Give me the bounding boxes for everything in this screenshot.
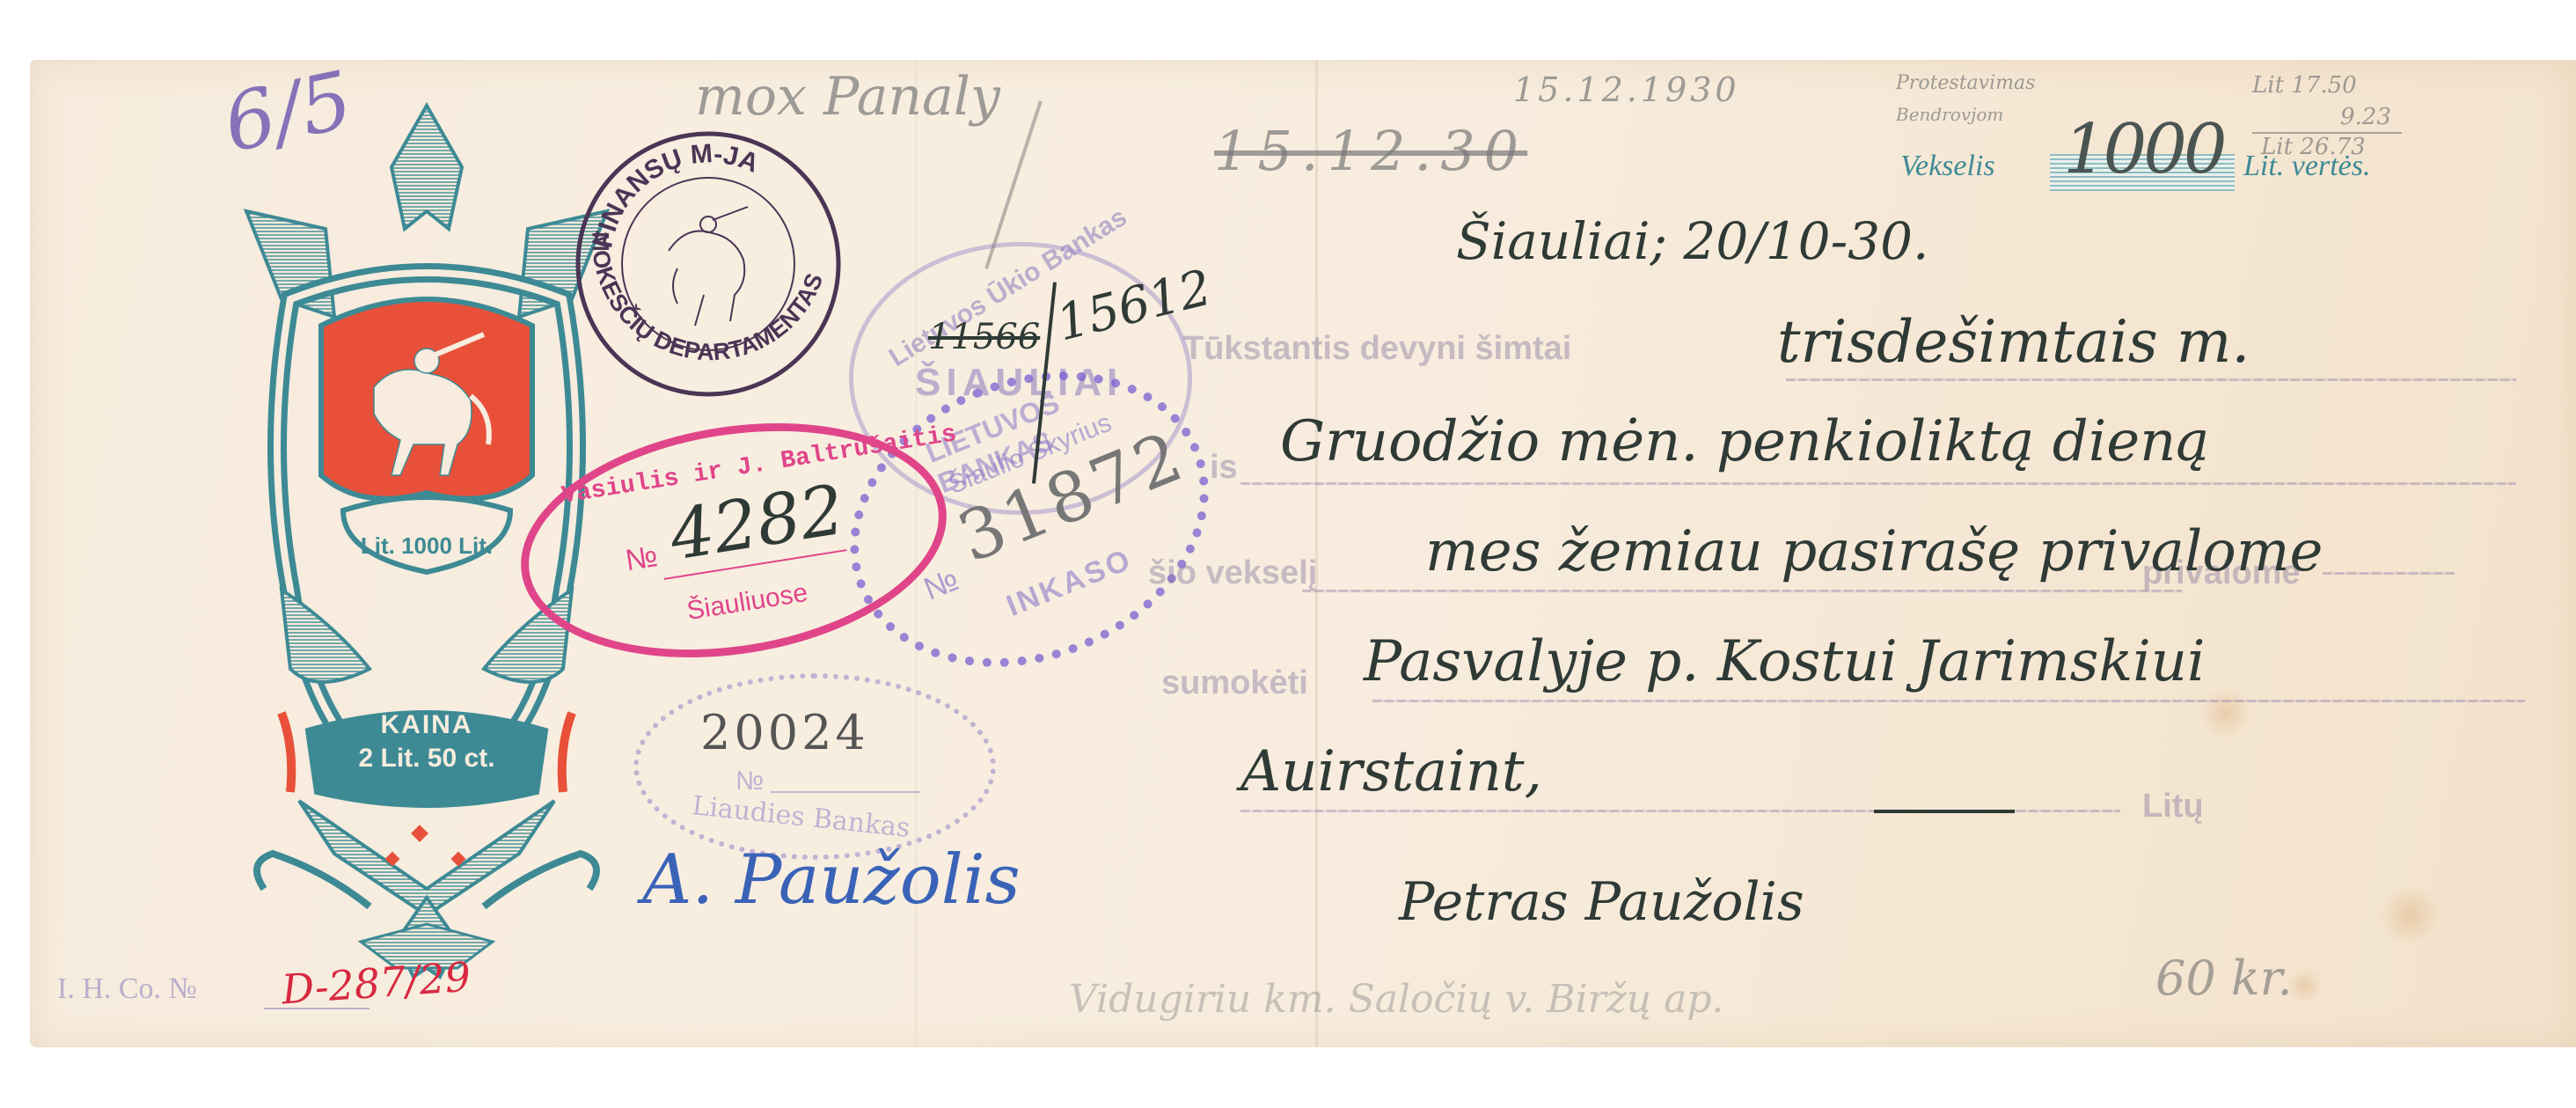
fee-1: Lit 17.50 [2252, 72, 2357, 99]
liaudies-bankas-name: Liaudies Bankas [691, 790, 911, 844]
stamp-bottom-text: MOKESČIŲ DEPARTAMENTAS [587, 231, 828, 365]
printed-line-3: šio vekselį [1148, 554, 1317, 592]
protest-label: Protestavimas [1896, 72, 2035, 94]
fee-2: 9.23 [2340, 104, 2391, 130]
form-line [1302, 590, 2182, 592]
amount-value: 1000 [2063, 110, 2224, 189]
svg-text:MOKESČIŲ DEPARTAMENTAS: MOKESČIŲ DEPARTAMENTAS [587, 231, 828, 365]
currency-label: Lit. vertės. [2243, 150, 2370, 183]
liaudies-number-label: № [735, 767, 764, 796]
fold-line [1315, 60, 1318, 1047]
stain [2199, 686, 2252, 739]
printed-currency: Litų [2142, 788, 2204, 825]
emblem-price-title: KAINA [334, 710, 519, 740]
signature-2: Petras Paužolis [1399, 871, 1804, 933]
printed-line-1: Tūkstantis devyni šimtai [1183, 330, 1571, 368]
svg-text:FINANSŲ M-JA: FINANSŲ M-JA [589, 139, 763, 250]
handwritten-line-4: Pasvalyje p. Kostui Jarimskiui [1364, 629, 2205, 694]
handwritten-line-1: trisdešimtais m. [1777, 308, 2250, 376]
number-underline [771, 791, 920, 793]
signature-1: A. Paužolis [642, 840, 1021, 920]
handwritten-line-2: Gruodžio mėn. penkioliktą dieną [1280, 409, 2209, 474]
stamp-arc-text: FINANSŲ M-JA MOKESČIŲ DEPARTAMENTAS [572, 128, 845, 400]
protest-label-2: Bendrovjom [1896, 104, 2003, 125]
pencil-address: Vidugiriu km. Saločių v. Biržų ap. [1069, 977, 1724, 1022]
pencil-bottom-right: 60 kr. [2155, 950, 2293, 1006]
form-line [1372, 700, 2525, 702]
stain [2287, 968, 2323, 1003]
pink-stamp-city: Šiauliuose [684, 578, 809, 627]
stamp-top-text: FINANSŲ M-JA [589, 139, 763, 250]
finance-ministry-stamp: FINANSŲ M-JA MOKESČIŲ DEPARTAMENTAS [572, 128, 845, 400]
printed-line-2: is [1210, 449, 1238, 487]
pink-stamp-number-label: № [623, 539, 660, 578]
place-date: Šiauliai; 20/10-30. [1456, 211, 1928, 271]
form-line [1786, 378, 2516, 381]
liaudies-bankas-stamp: 20024 № Liaudies Bankas [633, 673, 996, 860]
vekselis-label: Vekselis [1900, 150, 1995, 183]
handwritten-line-5: Auirstaint, [1240, 739, 1542, 804]
pencil-date-crossed: 15.12.30 [1214, 119, 1527, 183]
stain [2375, 889, 2446, 942]
emblem-value-label: Lit. 1000 Lit. [352, 532, 501, 560]
crossed-reference: 11566 [928, 317, 1040, 357]
handwritten-line-3: mes žemiau pasirašę privalome [1425, 519, 2323, 584]
dash-line [1874, 810, 2015, 813]
form-line [2323, 572, 2455, 575]
liaudies-bankas-number: 20024 [700, 705, 869, 760]
pencil-date-full: 15.12.1930 [1513, 70, 1740, 109]
printer-mark: I. H. Co. № [57, 972, 197, 1006]
form-line [1240, 482, 2516, 485]
printed-line-5: sumokėti [1161, 664, 1308, 702]
pencil-name-note: mox Panaly [695, 66, 1000, 128]
emblem-price-value: 2 Lit. 50 ct. [317, 744, 537, 774]
